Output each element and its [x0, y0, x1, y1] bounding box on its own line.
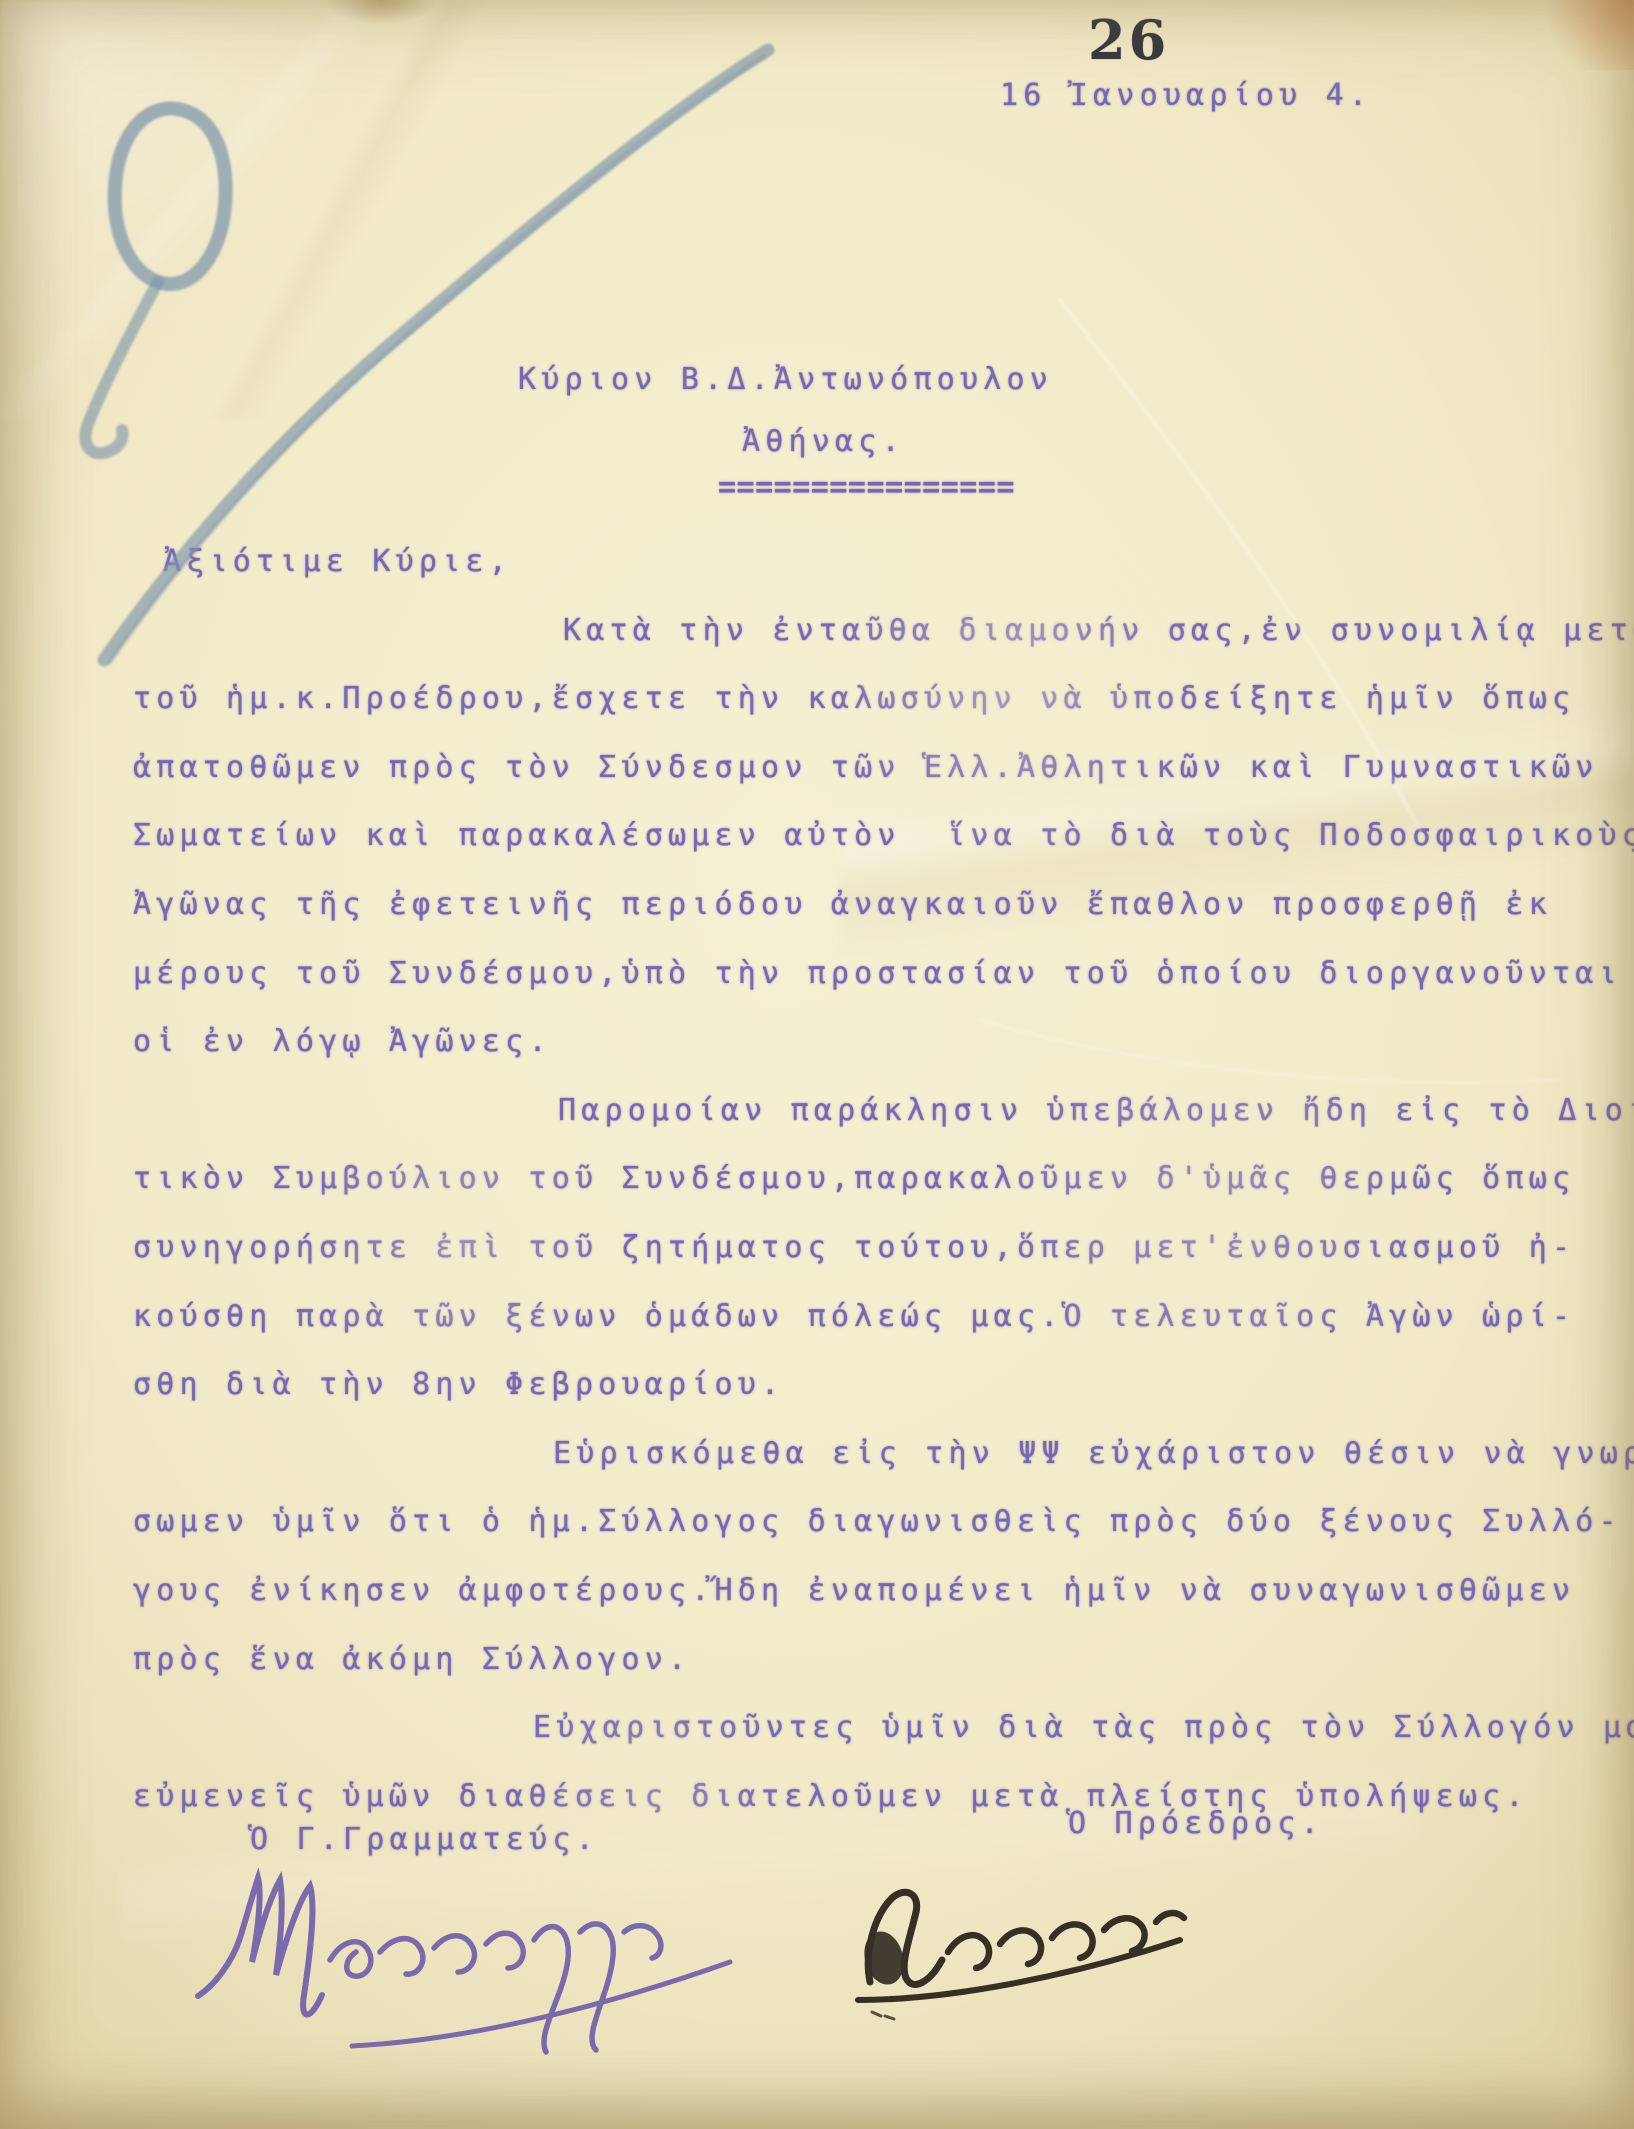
letter-line: Εὑρισκόμεθα εἰς τὴν ΨΨ εὐχάριστον θέσιν …: [553, 1420, 1633, 1489]
letter-line: κούσθη παρὰ τῶν ξένων ὁμάδων πόλεώς μας.…: [133, 1283, 1633, 1352]
letter-line: συνηγορήσητε ἐπὶ τοῦ ζητήματος τούτου,ὅπ…: [133, 1214, 1633, 1283]
president-label: Ὁ Πρόεδρος.: [1068, 1806, 1324, 1841]
secretary-signature: [198, 1878, 730, 2052]
letter-line: Ἀγῶνας τῆς ἐφετεινῆς περιόδου ἀναγκαιοῦν…: [133, 871, 1633, 940]
letter-line: μέρους τοῦ Συνδέσμου,ὑπὸ τὴν προστασίαν …: [133, 940, 1633, 1009]
paper-stain-top: [326, 0, 436, 24]
letter-line: Σωματείων καὶ παρακαλέσωμεν αὐτὸν ἵνα τὸ…: [133, 802, 1633, 871]
letter-line: Παρομοίαν παράκλησιν ὑπεβάλομεν ἤδη εἰς …: [558, 1077, 1633, 1146]
letter-line: εὐμενεῖς ὑμῶν διαθέσεις διατελοῦμεν μετὰ…: [133, 1763, 1633, 1832]
recipient-city: Ἀθήνας.: [742, 424, 905, 459]
paper-crease-topleft: [0, 0, 520, 420]
paper-stain-topright: [1524, 0, 1634, 70]
salutation: Ἀξιότιμε Κύριε,: [163, 528, 1633, 597]
letter-line: οἱ ἐν λόγῳ Ἀγῶνες.: [133, 1008, 1633, 1077]
letter-line: τικὸν Συμβούλιον τοῦ Συνδέσμου,παρακαλοῦ…: [133, 1145, 1633, 1214]
recipient-name: Κύριον Β.Δ.Ἀντωνόπουλον: [518, 362, 1053, 397]
secretary-label: Ὁ Γ.Γραμματεύς.: [250, 1822, 599, 1857]
letter-line: ἀπατοθῶμεν πρὸς τὸν Σύνδεσμον τῶν Ἑλλ.Ἀθ…: [133, 734, 1633, 803]
date-line: 16 Ἰανουαρίου 4.: [1000, 78, 1372, 113]
letter-line: Κατὰ τὴν ἐνταῦθα διαμονήν σας,ἐν συνομιλ…: [563, 597, 1633, 666]
page-number: 26: [1088, 8, 1169, 72]
letter-line: σωμεν ὑμῖν ὅτι ὁ ἡμ.Σύλλογος διαγωνισθεὶ…: [133, 1488, 1633, 1557]
president-signature: [858, 1892, 1184, 2019]
letter-line: Εὐχαριστοῦντες ὑμῖν διὰ τὰς πρὸς τὸν Σύλ…: [533, 1694, 1633, 1763]
letter-line: γους ἐνίκησεν ἀμφοτέρους.Ἤδη ἐναπομένει …: [133, 1557, 1633, 1626]
scanned-letter-page: 26 16 Ἰανουαρίου 4. Κύριον Β.Δ.Ἀντωνόπου…: [0, 0, 1634, 2129]
letter-line: σθη διὰ τὴν 8ην Φεβρουαρίου.: [133, 1351, 1633, 1420]
recipient-divider: ================: [718, 470, 1015, 505]
letter-line: τοῦ ἡμ.κ.Προέδρου,ἔσχετε τὴν καλωσύνην ν…: [133, 665, 1633, 734]
letter-line: πρὸς ἕνα ἀκόμη Σύλλογον.: [133, 1626, 1633, 1695]
letter-body: Ἀξιότιμε Κύριε, Κατὰ τὴν ἐνταῦθα διαμονή…: [133, 528, 1633, 1831]
